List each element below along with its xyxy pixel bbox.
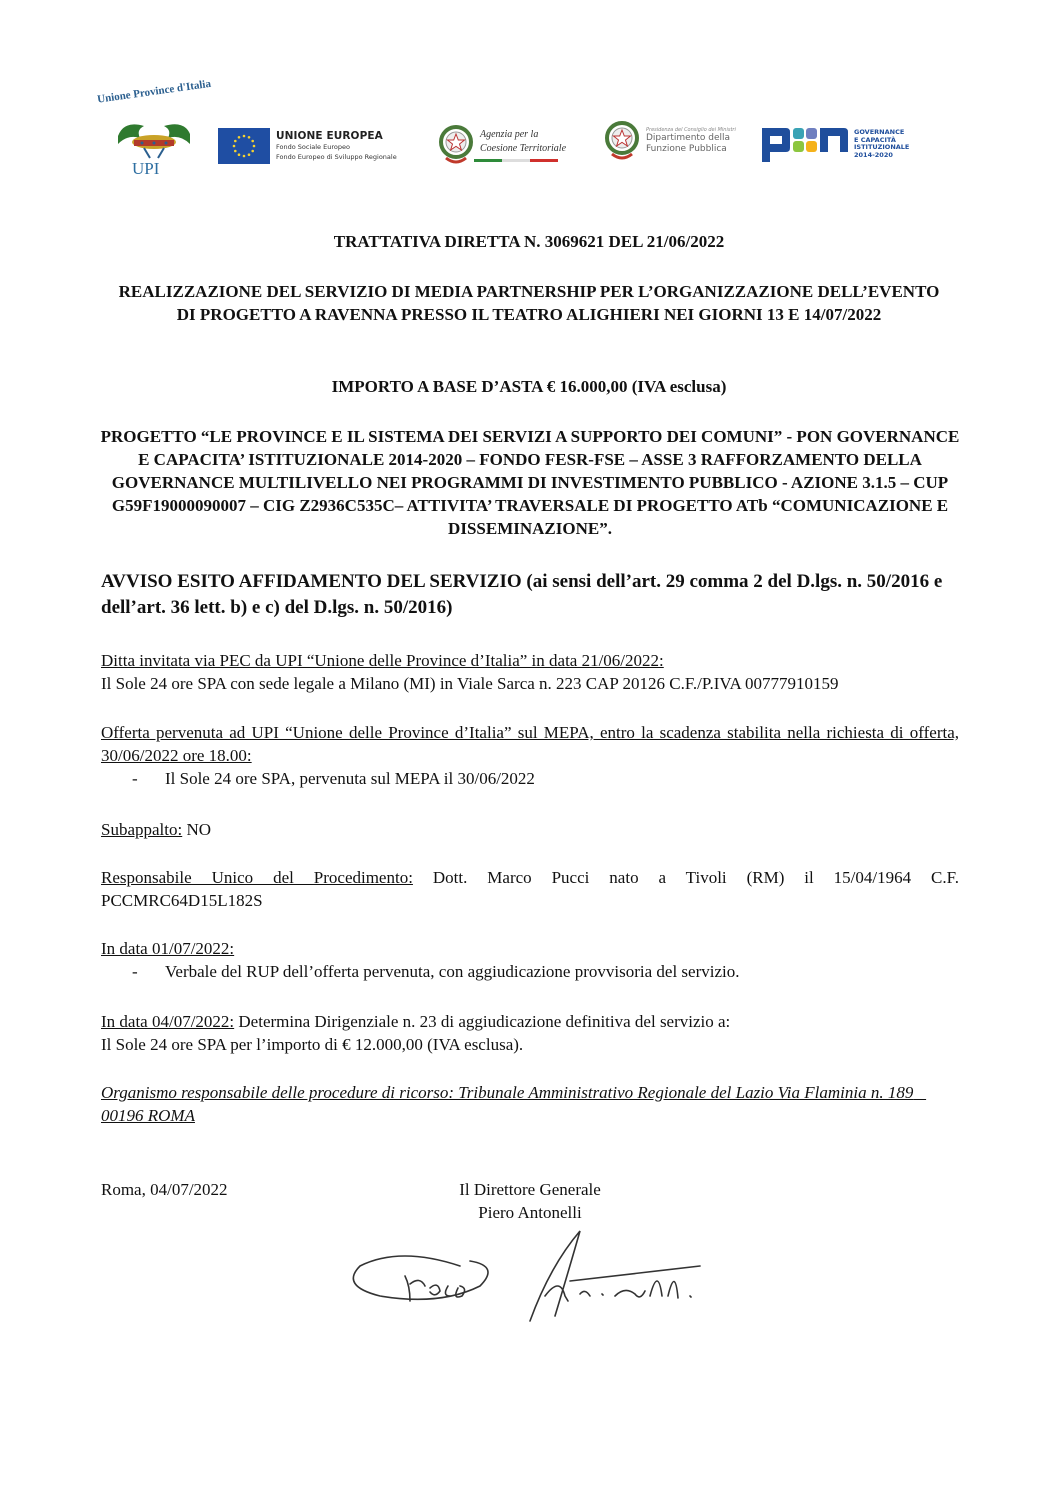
appeal-body: Organismo responsabile delle procedure d…	[101, 1081, 921, 1127]
eu-sub-2: Fondo Europeo di Sviluppo Regionale	[276, 152, 397, 162]
bullet-dash: -	[101, 767, 165, 790]
document-subject: REALIZZAZIONE DEL SERVIZIO DI MEDIA PART…	[110, 280, 948, 326]
date1-label: In data 01/07/2022:	[101, 937, 234, 960]
date2-label: In data 04/07/2022:	[101, 1012, 234, 1031]
subcontract-label: Subappalto:	[101, 820, 182, 839]
agenzia-line-1: Agenzia per la	[480, 128, 566, 142]
agenzia-line-2: Coesione Territoriale	[480, 142, 566, 156]
pon-line-4: 2014-2020	[854, 152, 909, 160]
document-page: Unione Province d'Italia UPI	[0, 0, 1058, 1497]
offer-label: Offerta pervenuta ad UPI “Unione delle P…	[101, 721, 959, 767]
date2-line2: Il Sole 24 ore SPA per l’importo di € 12…	[101, 1033, 959, 1056]
signer-name: Piero Antonelli	[420, 1201, 640, 1224]
invited-text: Il Sole 24 ore SPA con sede legale a Mil…	[101, 672, 959, 695]
italian-emblem-icon	[604, 120, 640, 162]
laurel-crown-icon	[114, 116, 194, 161]
eu-title: UNIONE EUROPEA	[276, 130, 397, 142]
subcontract-section: Subappalto: NO	[101, 818, 959, 841]
upi-logo: Unione Province d'Italia UPI	[96, 86, 208, 181]
italian-emblem-icon	[438, 124, 474, 166]
bullet-dash: -	[101, 960, 165, 983]
notice-title: AVVISO ESITO AFFIDAMENTO DEL SERVIZIO	[101, 571, 522, 592]
logo-header: Unione Province d'Italia UPI	[96, 86, 936, 186]
dfp-line-2: Funzione Pubblica	[646, 144, 736, 155]
subcontract-value: NO	[182, 820, 211, 839]
date1-section: In data 01/07/2022: - Verbale del RUP de…	[101, 937, 959, 983]
invited-section: Ditta invitata via PEC da UPI “Unione de…	[101, 649, 959, 695]
date1-bullet-text: Verbale del RUP dell’offerta pervenuta, …	[165, 960, 740, 983]
handwritten-signature-icon	[340, 1226, 710, 1326]
eu-logo: UNIONE EUROPEA Fondo Sociale Europeo Fon…	[218, 128, 397, 164]
invited-label: Ditta invitata via PEC da UPI “Unione de…	[101, 649, 959, 672]
base-amount: IMPORTO A BASE D’ASTA € 16.000,00 (IVA e…	[96, 375, 962, 398]
upi-label: UPI	[132, 159, 159, 179]
offer-bullet-text: Il Sole 24 ore SPA, pervenuta sul MEPA i…	[165, 767, 535, 790]
date1-bullet: - Verbale del RUP dell’offerta pervenuta…	[101, 960, 959, 983]
dfp-line-1: Dipartimento della	[646, 133, 736, 144]
project-description: PROGETTO “LE PROVINCE E IL SISTEMA DEI S…	[100, 425, 960, 540]
offer-bullet: - Il Sole 24 ore SPA, pervenuta sul MEPA…	[101, 767, 959, 790]
funzione-pubblica-logo: Presidenza del Consiglio dei Ministri Di…	[604, 120, 736, 162]
notice-heading: AVVISO ESITO AFFIDAMENTO DEL SERVIZIO (a…	[101, 569, 959, 621]
signer-role: Il Direttore Generale	[420, 1178, 640, 1201]
date2-section: In data 04/07/2022: Determina Dirigenzia…	[101, 1010, 959, 1056]
document-title: TRATTATIVA DIRETTA N. 3069621 DEL 21/06/…	[96, 230, 962, 253]
tricolore-bar	[474, 159, 558, 162]
agenzia-coesione-logo: Agenzia per la Coesione Territoriale	[438, 124, 566, 166]
rup-section: Responsabile Unico del Procedimento: Dot…	[101, 866, 959, 912]
pon-mark-icon	[762, 124, 848, 164]
date2-text: Determina Dirigenziale n. 23 di aggiudic…	[234, 1012, 730, 1031]
eu-sub-1: Fondo Sociale Europeo	[276, 142, 397, 152]
signer-block: Il Direttore Generale Piero Antonelli	[420, 1178, 640, 1224]
eu-flag-icon	[218, 128, 270, 164]
place-date: Roma, 04/07/2022	[101, 1178, 228, 1201]
offer-section: Offerta pervenuta ad UPI “Unione delle P…	[101, 721, 959, 790]
rup-label: Responsabile Unico del Procedimento:	[101, 868, 413, 887]
pon-logo: GOVERNANCE E CAPACITÀ ISTITUZIONALE 2014…	[762, 124, 909, 164]
